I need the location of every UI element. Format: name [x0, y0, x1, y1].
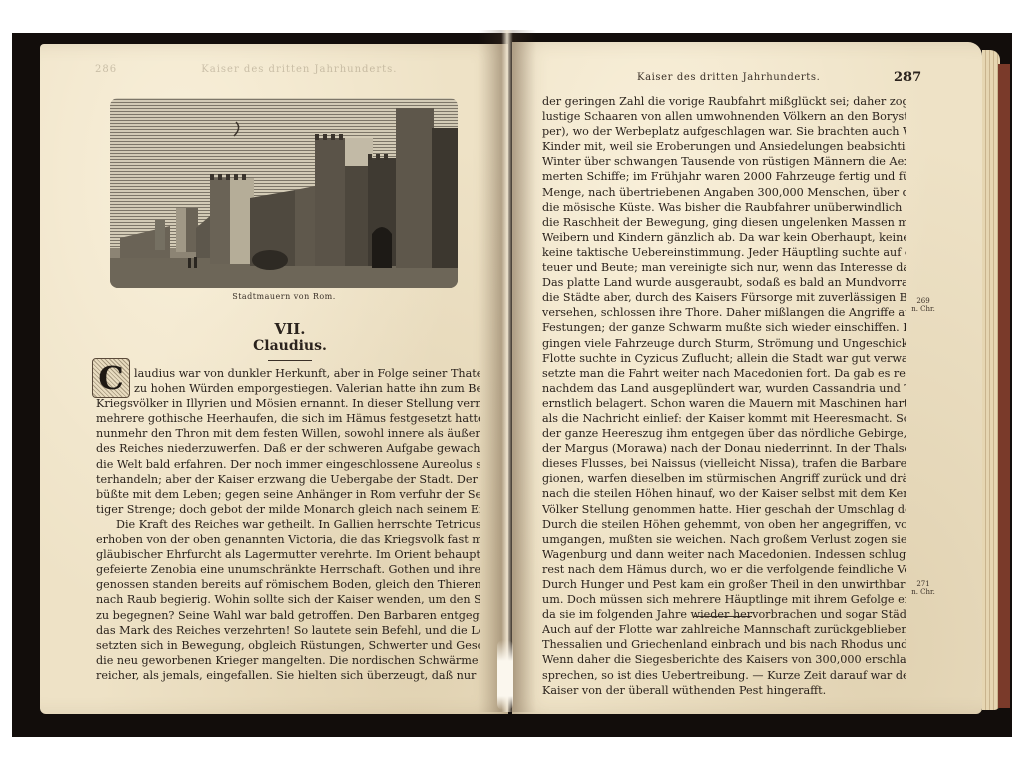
text-line: Durch die steilen Höhen gehemmt, von obe… [542, 517, 906, 532]
book-cover-edge [998, 64, 1010, 708]
text-line: des Reiches niederzuwerfen. Daß er der s… [96, 441, 480, 456]
text-line: Wagenburg und dann weiter nach Macedonie… [542, 547, 906, 562]
text-line: das Mark des Reiches verzehrten! So laut… [96, 623, 480, 638]
text-line: setzte man die Fahrt weiter nach Macedon… [542, 366, 906, 381]
right-body-text: der geringen Zahl die vorige Raubfahrt m… [542, 94, 906, 698]
text-line: nachdem das Land ausgeplündert war, wurd… [542, 381, 906, 396]
text-line: per), wo der Werbeplatz aufgeschlagen wa… [542, 124, 906, 139]
text-line: gefeierte Zenobia eine unumschränkte Her… [96, 562, 480, 577]
text-line: Auch auf der Flotte war zahlreiche Manns… [542, 622, 906, 637]
text-line: der ganze Heereszug ihm entgegen über da… [542, 426, 906, 441]
text-line: Kaiser von der überall wüthenden Pest hi… [542, 683, 906, 698]
text-line: rest nach dem Hämus durch, wo er die ver… [542, 562, 906, 577]
text-line: Völker Stellung genommen hatte. Hier ges… [542, 502, 906, 517]
margin-year: 271 [910, 580, 936, 588]
running-title: Kaiser des dritten Jahrhunderts. [637, 72, 820, 83]
city-walls-engraving-icon [110, 98, 458, 288]
text-line: versehen, schlossen ihre Thore. Daher mi… [542, 305, 906, 320]
text-line: büßte mit dem Leben; gegen seine Anhänge… [96, 487, 480, 502]
text-line: merten Schiffe; im Frühjahr waren 2000 F… [542, 169, 906, 184]
text-line: die mösische Küste. Was bisher die Raubf… [542, 200, 906, 215]
text-line: als die Nachricht einlief: der Kaiser ko… [542, 411, 906, 426]
text-line: Thessalien und Griechenland einbrach und… [542, 637, 906, 652]
illustration-caption: Stadtmauern von Rom. [110, 292, 458, 301]
text-line: nunmehr den Thron mit dem festen Willen,… [96, 426, 480, 441]
text-line: zu begegnen? Seine Wahl war bald getroff… [96, 608, 480, 623]
section-end-divider [694, 616, 752, 617]
text-line: die Raschheit der Bewegung, ging diesen … [542, 215, 906, 230]
text-line: Das platte Land wurde ausgeraubt, sodaß … [542, 275, 906, 290]
left-page-number: 286 [95, 64, 117, 75]
text-line: Weibern und Kindern gänzlich ab. Da war … [542, 230, 906, 245]
text-line: nach Raub begierig. Wohin sollte sich de… [96, 592, 480, 607]
left-faint-header: 286 Kaiser des dritten Jahrhunderts. [95, 64, 495, 75]
text-line: ernstlich belagert. Schon waren die Maue… [542, 396, 906, 411]
margin-year: 269 [910, 297, 936, 305]
left-page: 286 Kaiser des dritten Jahrhunderts. [40, 44, 508, 714]
text-line: Durch Hunger und Pest kam ein großer The… [542, 577, 906, 592]
text-line: tiger Strenge; doch gebot der milde Mona… [96, 502, 480, 517]
text-line: laudius war von dunkler Herkunft, aber i… [96, 366, 480, 381]
woodcut-city-walls-image [110, 98, 458, 288]
text-line: keine taktische Uebereinstimmung. Jeder … [542, 245, 906, 260]
text-line: Flotte suchte in Cyzicus Zuflucht; allei… [542, 351, 906, 366]
text-line: genossen standen bereits auf römischem B… [96, 577, 480, 592]
margin-era: n. Chr. [910, 588, 936, 596]
text-line: sprechen, so ist dies Uebertreibung. — K… [542, 668, 906, 683]
page-number: 287 [894, 70, 921, 85]
text-line: Kinder mit, weil sie Eroberungen und Ans… [542, 139, 906, 154]
right-page: Kaiser des dritten Jahrhunderts. 287 der… [512, 42, 982, 714]
text-line: Wenn daher die Siegesberichte des Kaiser… [542, 652, 906, 667]
text-line: die neu geworbenen Krieger mangelten. Di… [96, 653, 480, 668]
text-line: mehrere gothische Heerhaufen, die sich i… [96, 411, 480, 426]
text-line: Festungen; der ganze Schwarm mußte sich … [542, 320, 906, 335]
text-line: Kriegsvölker in Illyrien und Mösien erna… [96, 396, 480, 411]
text-line: lustige Schaaren von allen umwohnenden V… [542, 109, 906, 124]
text-line: der geringen Zahl die vorige Raubfahrt m… [542, 94, 906, 109]
margin-note-year: 269 n. Chr. [910, 297, 936, 313]
text-line: terhandeln; aber der Kaiser erzwang die … [96, 472, 480, 487]
text-line: die Welt bald erfahren. Der noch immer e… [96, 457, 480, 472]
text-line: gionen, warfen dieselben im stürmischen … [542, 471, 906, 486]
text-line: reicher, als jemals, eingefallen. Sie hi… [96, 668, 480, 683]
text-line: umgangen, mußten sie weichen. Nach große… [542, 532, 906, 547]
text-line: gingen viele Fahrzeuge durch Sturm, Strö… [542, 336, 906, 351]
text-line: Die Kraft des Reiches war getheilt. In G… [96, 517, 480, 532]
left-body-text: laudius war von dunkler Herkunft, aber i… [96, 366, 480, 683]
text-line: gläubischer Ehrfurcht als Lagermutter ve… [96, 547, 480, 562]
text-line: setzten sich in Bewegung, obgleich Rüstu… [96, 638, 480, 653]
margin-era: n. Chr. [910, 305, 936, 313]
text-line: teuer und Beute; man vereinigte sich nur… [542, 260, 906, 275]
text-line: der Margus (Morawa) nach der Donau niede… [542, 441, 906, 456]
chapter-number: VII. [80, 320, 500, 338]
text-line: erhoben von der oben genannten Victoria,… [96, 532, 480, 547]
chapter-title: Claudius. [80, 338, 500, 354]
page-crease [497, 640, 513, 710]
text-line: Winter über schwangen Tausende von rüsti… [542, 154, 906, 169]
text-line: um. Doch müssen sich mehrere Häuptlinge … [542, 592, 906, 607]
text-line: da sie im folgenden Jahre wieder hervorb… [542, 607, 906, 622]
text-line: zu hohen Würden emporgestiegen. Valerian… [96, 381, 480, 396]
margin-note-year: 271 n. Chr. [910, 580, 936, 596]
text-line: dieses Flusses, bei Naissus (vielleicht … [542, 456, 906, 471]
title-divider [268, 360, 312, 361]
text-line: nach die steilen Höhen hinauf, wo der Ka… [542, 486, 906, 501]
left-running-title: Kaiser des dritten Jahrhunderts. [201, 64, 397, 75]
text-line: Menge, nach übertriebenen Angaben 300,00… [542, 185, 906, 200]
text-line: die Städte aber, durch des Kaisers Fürso… [542, 290, 906, 305]
